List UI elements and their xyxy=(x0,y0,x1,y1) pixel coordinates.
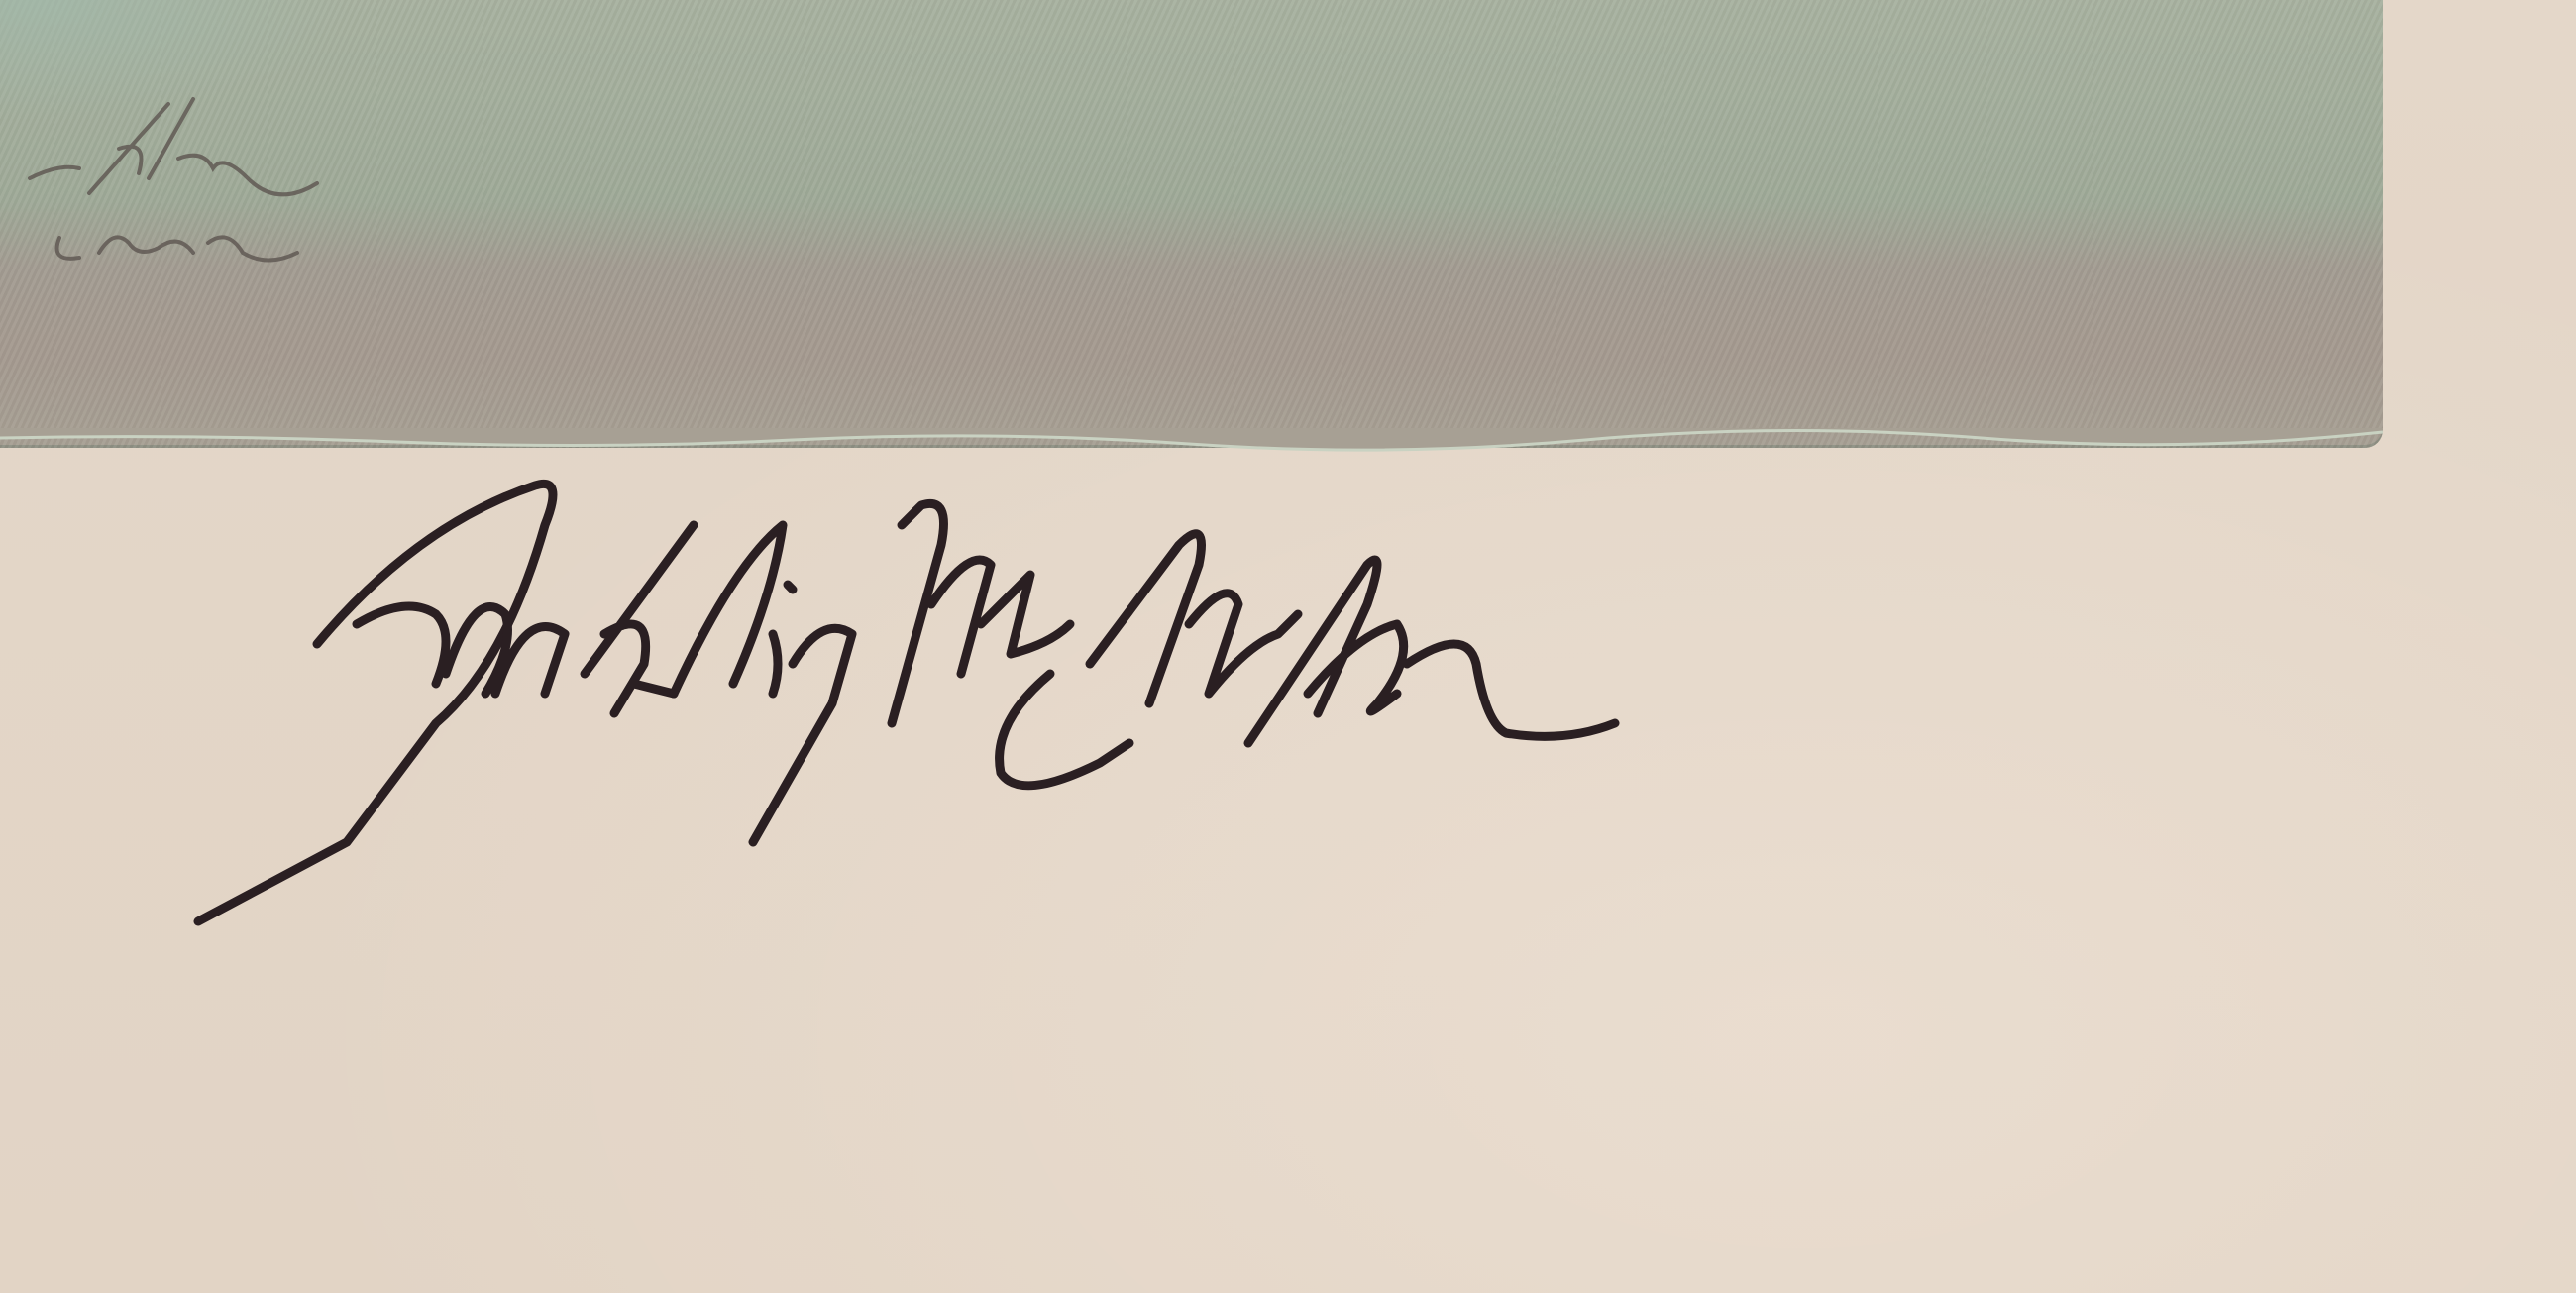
torn-print-edge xyxy=(0,428,2383,458)
plate-inscription: McMahon xyxy=(20,69,476,327)
signature-strokes xyxy=(178,466,2487,941)
signature-text: Franklin McMahon xyxy=(525,1040,1873,1202)
artist-signature: Franklin McMahon xyxy=(178,466,2487,941)
plate-inscription-line1: McMahon xyxy=(50,149,292,218)
